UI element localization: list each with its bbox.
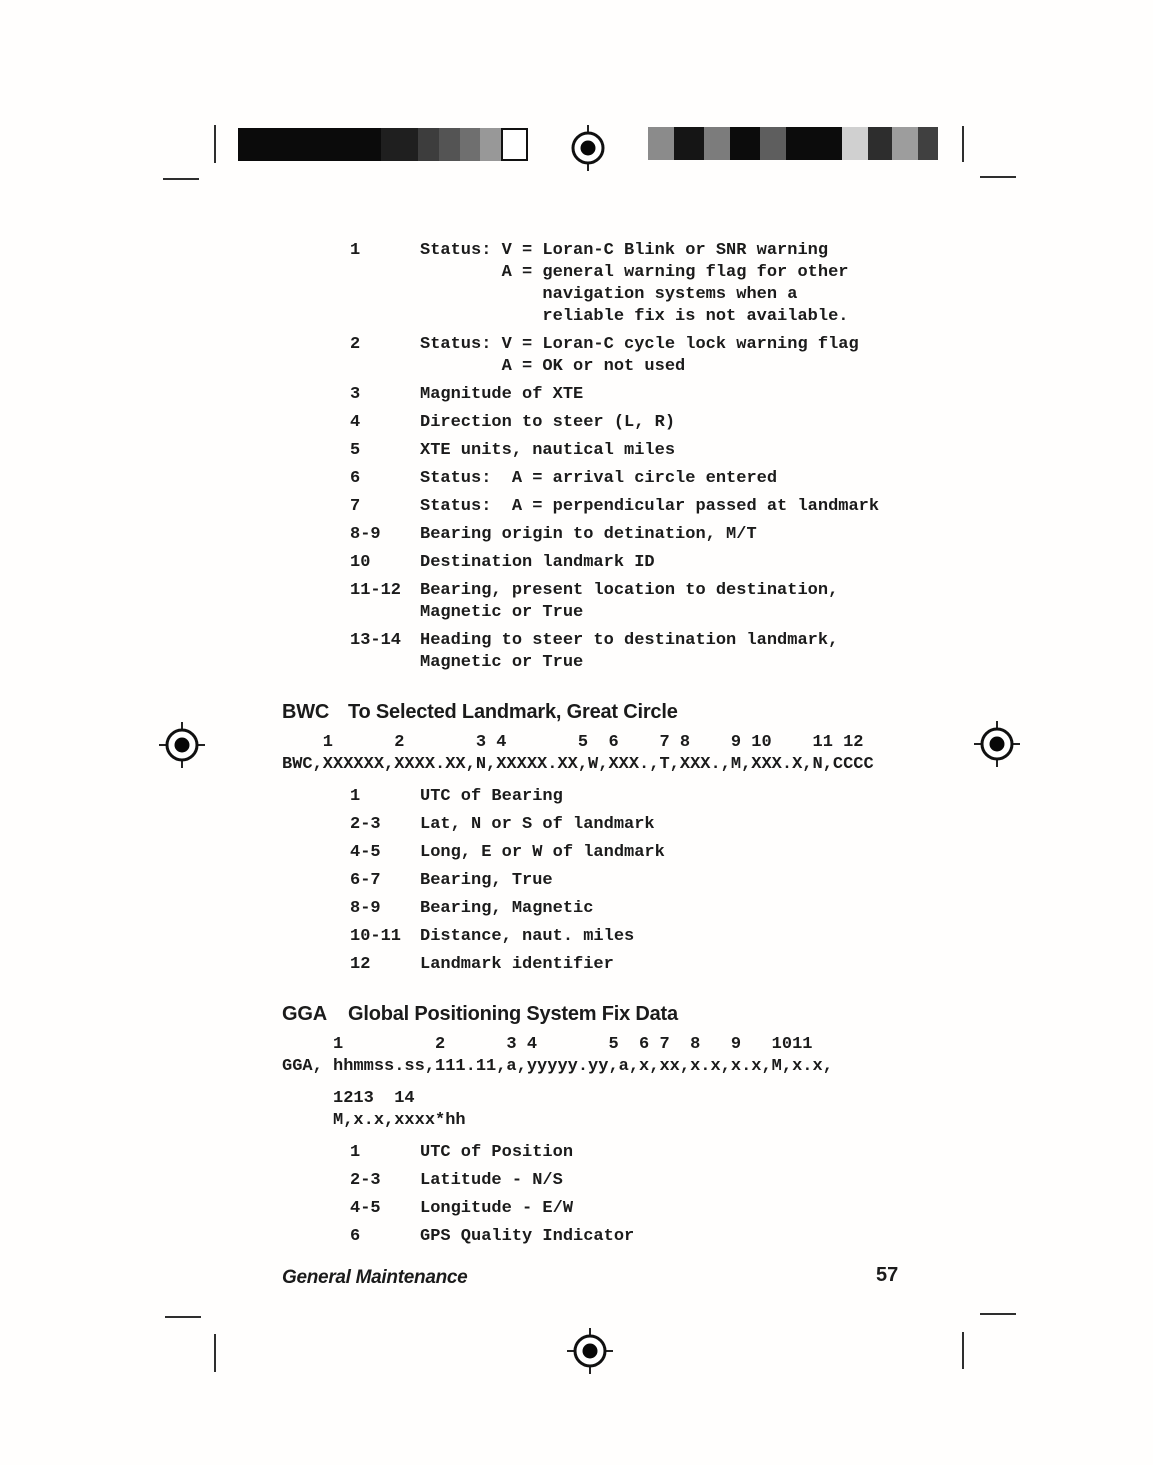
field-description: Status: V = Loran-C Blink or SNR warning… — [420, 240, 848, 328]
calibration-segment — [418, 128, 439, 161]
field-description: Lat, N or S of landmark — [420, 814, 655, 836]
field-description: Direction to steer (L, R) — [420, 412, 675, 434]
crop-tick-top-left-vertical — [214, 125, 216, 163]
field-row: 1 UTC of Position — [282, 1142, 942, 1164]
field-number: 2-3 — [350, 814, 420, 836]
field-description: UTC of Bearing — [420, 786, 563, 808]
field-number: 6 — [350, 468, 420, 490]
field-numbers-line: 1213 14 — [282, 1088, 942, 1110]
crop-tick-top-left-horizontal — [163, 178, 199, 180]
field-description: Destination landmark ID — [420, 552, 655, 574]
field-number: 4-5 — [350, 1198, 420, 1220]
sentence-field-list: 1 UTC of Bearing 2-3 Lat, N or S of land… — [282, 786, 942, 976]
calibration-segment — [674, 127, 704, 160]
field-numbers-line: 1 2 3 4 5 6 7 8 9 10 11 12 — [282, 732, 942, 754]
field-row: 4-5 Long, E or W of landmark — [282, 842, 942, 864]
calibration-segment — [238, 128, 381, 161]
field-description: Long, E or W of landmark — [420, 842, 665, 864]
sentence-title: Global Positioning System Fix Data — [348, 1002, 678, 1026]
field-description: Bearing, Magnetic — [420, 898, 593, 920]
field-number: 8-9 — [350, 524, 420, 546]
calibration-segment — [760, 127, 786, 160]
calibration-segment — [918, 127, 938, 160]
field-description: UTC of Position — [420, 1142, 573, 1164]
sentence-field-list: 1 Status: V = Loran-C Blink or SNR warni… — [282, 240, 942, 674]
sentence-code: BWC — [282, 700, 348, 724]
crop-tick-bottom-left-horizontal — [165, 1316, 201, 1318]
field-description: Status: V = Loran-C cycle lock warning f… — [420, 334, 859, 378]
field-number: 10-11 — [350, 926, 420, 948]
field-row: 2-3 Latitude - N/S — [282, 1170, 942, 1192]
field-row: 6 GPS Quality Indicator — [282, 1226, 942, 1248]
registration-target-icon — [567, 1328, 613, 1374]
registration-target-icon — [159, 722, 205, 768]
calibration-segment — [501, 128, 528, 161]
sentence-section-bwc: BWC To Selected Landmark, Great Circle 1… — [282, 700, 942, 976]
calibration-segment — [381, 128, 418, 161]
sentence-format-block: 1 2 3 4 5 6 7 8 9 10 11 12 BWC,XXXXXX,XX… — [282, 732, 942, 776]
field-row: 10 Destination landmark ID — [282, 552, 942, 574]
field-number: 6-7 — [350, 870, 420, 892]
calibration-segment — [480, 128, 501, 161]
field-row: 8-9 Bearing, Magnetic — [282, 898, 942, 920]
field-row: 4-5 Longitude - E/W — [282, 1198, 942, 1220]
field-number: 13-14 — [350, 630, 420, 674]
field-row: 5 XTE units, nautical miles — [282, 440, 942, 462]
sentence-format-line: GGA, hhmmss.ss,111.11,a,yyyyy.yy,a,x,xx,… — [282, 1056, 942, 1078]
page-content: 1 Status: V = Loran-C Blink or SNR warni… — [282, 240, 942, 1254]
sentence-format-line: BWC,XXXXXX,XXXX.XX,N,XXXXX.XX,W,XXX.,T,X… — [282, 754, 942, 776]
field-description: Latitude - N/S — [420, 1170, 563, 1192]
field-number: 8-9 — [350, 898, 420, 920]
calibration-segment — [648, 127, 674, 160]
crop-tick-bottom-right-horizontal — [980, 1313, 1016, 1315]
registration-target-icon — [974, 721, 1020, 767]
sentence-format-line: M,x.x,xxxx*hh — [282, 1110, 942, 1132]
footer-section-title: General Maintenance — [282, 1266, 467, 1290]
calibration-segment — [439, 128, 460, 161]
sentence-format-block: 1 2 3 4 5 6 7 8 9 1011 GGA, hhmmss.ss,11… — [282, 1034, 942, 1078]
field-description: Heading to steer to destination landmark… — [420, 630, 838, 674]
calibration-segment — [842, 127, 868, 160]
field-row: 7 Status: A = perpendicular passed at la… — [282, 496, 942, 518]
calibration-bar-left — [238, 128, 528, 161]
field-number: 11-12 — [350, 580, 420, 624]
field-description: Bearing, True — [420, 870, 553, 892]
field-number: 2-3 — [350, 1170, 420, 1192]
field-description: Bearing origin to detination, M/T — [420, 524, 757, 546]
field-description: Distance, naut. miles — [420, 926, 634, 948]
calibration-bar-right — [648, 127, 938, 160]
field-description: Status: A = arrival circle entered — [420, 468, 777, 490]
field-row: 12 Landmark identifier — [282, 954, 942, 976]
crop-tick-top-right-horizontal — [980, 176, 1016, 178]
field-description: Magnitude of XTE — [420, 384, 583, 406]
field-description: Bearing, present location to destination… — [420, 580, 838, 624]
crop-tick-bottom-right-vertical — [962, 1332, 964, 1369]
calibration-segment — [730, 127, 760, 160]
field-number: 10 — [350, 552, 420, 574]
calibration-segment — [868, 127, 892, 160]
sentence-field-list: 1 UTC of Position 2-3 Latitude - N/S 4-5… — [282, 1142, 942, 1248]
field-description: GPS Quality Indicator — [420, 1226, 634, 1248]
field-row: 13-14 Heading to steer to destination la… — [282, 630, 942, 674]
field-description: Status: A = perpendicular passed at land… — [420, 496, 879, 518]
sentence-code: GGA — [282, 1002, 348, 1026]
calibration-segment — [704, 127, 730, 160]
field-row: 11-12 Bearing, present location to desti… — [282, 580, 942, 624]
field-number: 3 — [350, 384, 420, 406]
registration-target-icon — [565, 125, 611, 171]
field-numbers-line: 1 2 3 4 5 6 7 8 9 1011 — [282, 1034, 942, 1056]
field-number: 1 — [350, 240, 420, 328]
field-row: 6-7 Bearing, True — [282, 870, 942, 892]
field-row: 4 Direction to steer (L, R) — [282, 412, 942, 434]
crop-tick-bottom-left-vertical — [214, 1334, 216, 1372]
field-row: 3 Magnitude of XTE — [282, 384, 942, 406]
calibration-segment — [460, 128, 479, 161]
field-row: 2 Status: V = Loran-C cycle lock warning… — [282, 334, 942, 378]
field-description: XTE units, nautical miles — [420, 440, 675, 462]
section-header: BWC To Selected Landmark, Great Circle — [282, 700, 942, 724]
field-row: 10-11 Distance, naut. miles — [282, 926, 942, 948]
field-description: Landmark identifier — [420, 954, 614, 976]
field-number: 2 — [350, 334, 420, 378]
section-header: GGA Global Positioning System Fix Data — [282, 1002, 942, 1026]
sentence-format-block-continued: 1213 14 M,x.x,xxxx*hh — [282, 1088, 942, 1132]
sentence-section-gga: GGA Global Positioning System Fix Data 1… — [282, 1002, 942, 1248]
field-number: 4 — [350, 412, 420, 434]
field-number: 6 — [350, 1226, 420, 1248]
field-row: 6 Status: A = arrival circle entered — [282, 468, 942, 490]
field-number: 1 — [350, 1142, 420, 1164]
field-number: 5 — [350, 440, 420, 462]
calibration-segment — [892, 127, 918, 160]
field-row: 8-9 Bearing origin to detination, M/T — [282, 524, 942, 546]
field-number: 4-5 — [350, 842, 420, 864]
field-row: 2-3 Lat, N or S of landmark — [282, 814, 942, 836]
field-number: 1 — [350, 786, 420, 808]
field-number: 7 — [350, 496, 420, 518]
field-row: 1 Status: V = Loran-C Blink or SNR warni… — [282, 240, 942, 328]
crop-tick-top-right-vertical — [962, 126, 964, 162]
field-row: 1 UTC of Bearing — [282, 786, 942, 808]
sentence-title: To Selected Landmark, Great Circle — [348, 700, 678, 724]
field-number: 12 — [350, 954, 420, 976]
calibration-segment — [786, 127, 842, 160]
footer-page-number: 57 — [876, 1263, 898, 1287]
scanned-manual-page: 1 Status: V = Loran-C Blink or SNR warni… — [0, 0, 1153, 1465]
field-description: Longitude - E/W — [420, 1198, 573, 1220]
